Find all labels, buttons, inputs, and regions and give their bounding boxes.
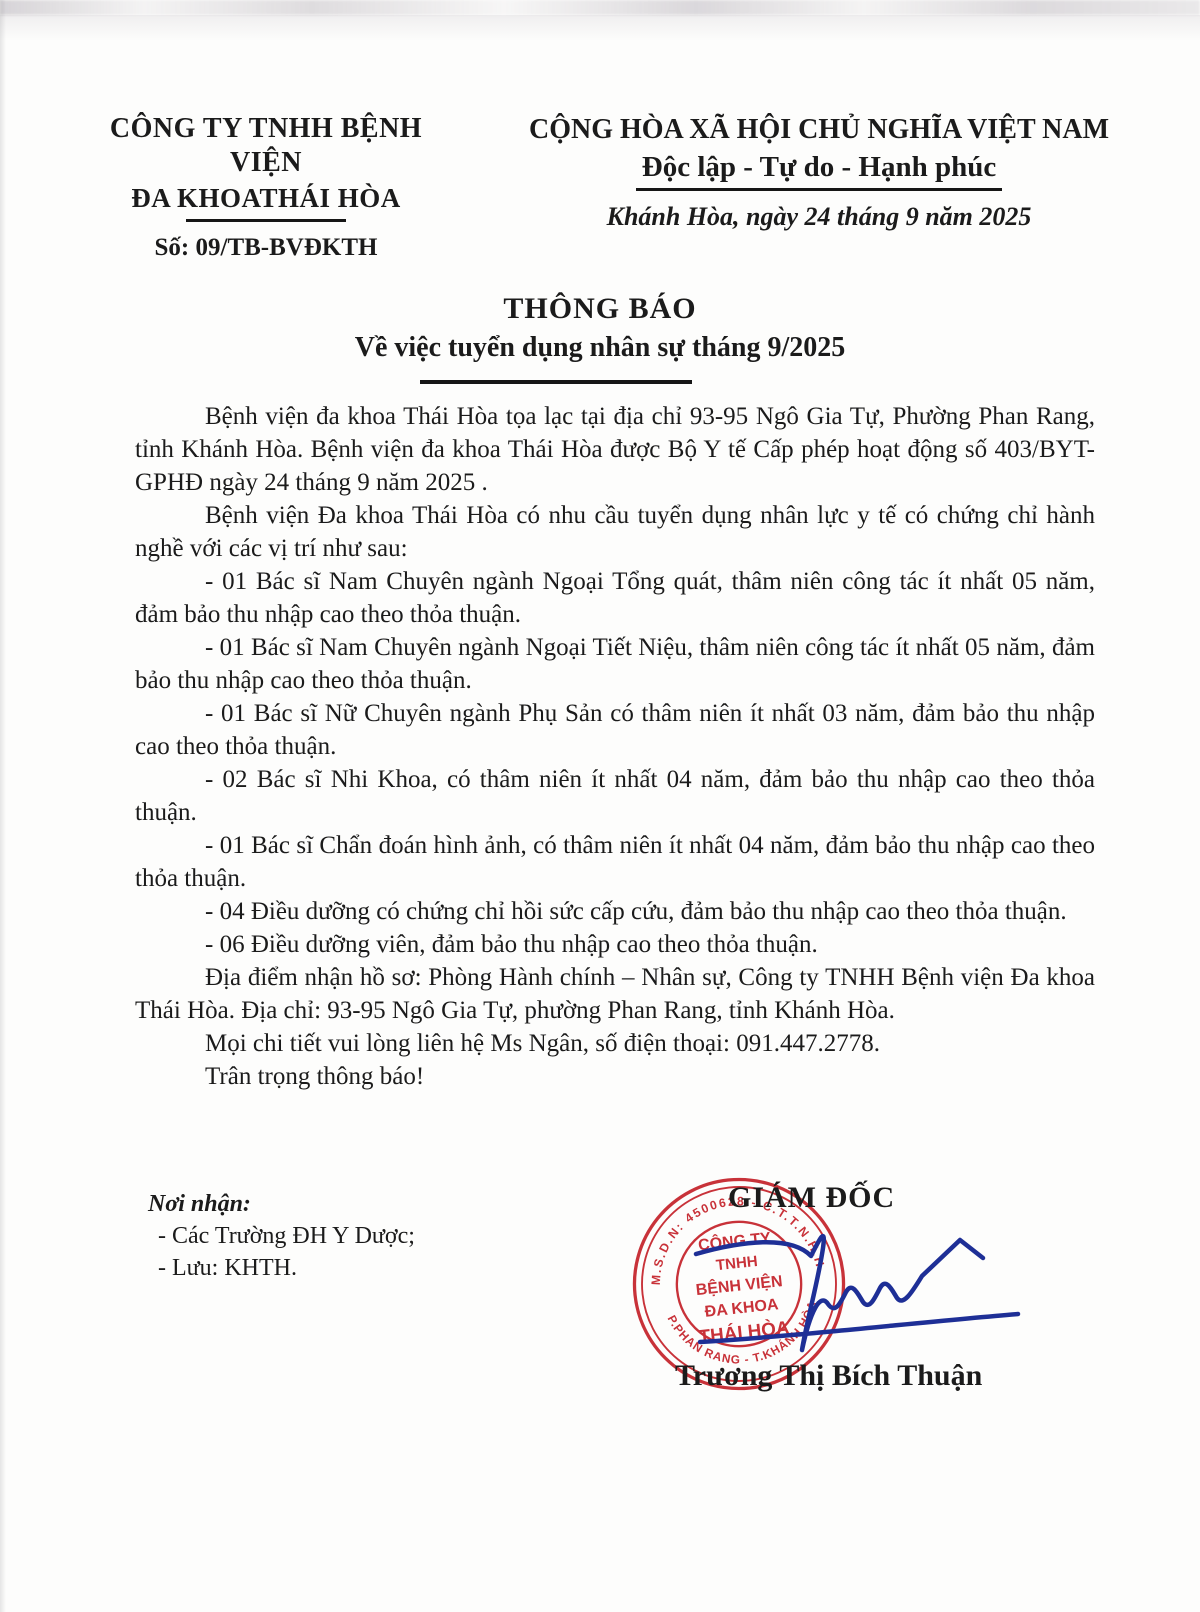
issuer-block: CÔNG TY TNHH BỆNH VIỆN ĐA KHOATHÁI HÒA S… (90, 112, 442, 264)
notice-title-block: THÔNG BÁO Về việc tuyển dụng nhân sự thá… (0, 290, 1200, 384)
recipient-item: - Lưu: KHTH. (148, 1252, 415, 1284)
national-motto: Độc lập - Tự do - Hạnh phúc (636, 148, 1003, 191)
document-page: CÔNG TY TNHH BỆNH VIỆN ĐA KHOATHÁI HÒA S… (0, 0, 1200, 1612)
issuer-name-line2: ĐA KHOATHÁI HÒA (90, 180, 442, 216)
position-item: - 01 Bác sĩ Nam Chuyên ngành Ngoại Tổng … (135, 565, 1095, 631)
paragraph-contact: Mọi chi tiết vui lòng liên hệ Ms Ngân, s… (135, 1027, 1095, 1060)
paragraph-need: Bệnh viện Đa khoa Thái Hòa có nhu cầu tu… (135, 499, 1095, 565)
scan-noise-strip (0, 0, 1200, 15)
position-item: - 06 Điều dưỡng viên, đảm bảo thu nhập c… (135, 928, 1095, 961)
notice-title: THÔNG BÁO (0, 290, 1200, 328)
place-date-line: Khánh Hòa, ngày 24 tháng 9 năm 2025 (498, 199, 1140, 235)
signer-name: Trương Thị Bích Thuận (675, 1359, 970, 1393)
signature-main-stroke (696, 1236, 983, 1350)
recipient-item: - Các Trường ĐH Y Dược; (148, 1220, 415, 1252)
signature-block: GIÁM ĐỐC M.S.D.N: 4500628 - C.T.T.N.H.H … (600, 1155, 1160, 1495)
national-heading-block: CỘNG HÒA XÃ HỘI CHỦ NGHĨA VIỆT NAM Độc l… (498, 112, 1140, 264)
position-item: - 01 Bác sĩ Nữ Chuyên ngành Phụ Sản có t… (135, 697, 1095, 763)
position-item: - 04 Điều dưỡng có chứng chỉ hồi sức cấp… (135, 895, 1095, 928)
recipients-block: Nơi nhận: - Các Trường ĐH Y Dược; - Lưu:… (148, 1188, 415, 1284)
paragraph-location: Địa điểm nhận hồ sơ: Phòng Hành chính – … (135, 961, 1095, 1027)
position-item: - 01 Bác sĩ Chẩn đoán hình ảnh, có thâm … (135, 829, 1095, 895)
document-number: Số: 09/TB-BVĐKTH (90, 232, 442, 264)
paragraph-closing: Trân trọng thông báo! (135, 1060, 1095, 1093)
issuer-name-line1: CÔNG TY TNHH BỆNH VIỆN (90, 112, 442, 180)
title-rule (420, 380, 692, 384)
national-title: CỘNG HÒA XÃ HỘI CHỦ NGHĨA VIỆT NAM (498, 112, 1140, 148)
scan-edge-shadow (0, 0, 6, 1612)
recipients-title: Nơi nhận: (148, 1188, 415, 1220)
position-item: - 02 Bác sĩ Nhi Khoa, có thâm niên ít nh… (135, 763, 1095, 829)
paragraph-intro: Bệnh viện đa khoa Thái Hòa tọa lạc tại đ… (135, 400, 1095, 499)
notice-subtitle: Về việc tuyển dụng nhân sự tháng 9/2025 (0, 328, 1200, 368)
scan-noise-fade (0, 15, 1200, 41)
position-item: - 01 Bác sĩ Nam Chuyên ngành Ngoại Tiết … (135, 631, 1095, 697)
signature-underline-stroke (700, 1314, 1018, 1342)
notice-body: Bệnh viện đa khoa Thái Hòa tọa lạc tại đ… (135, 400, 1095, 1093)
signature-scribble (660, 1200, 1102, 1362)
issuer-underline (186, 219, 346, 222)
